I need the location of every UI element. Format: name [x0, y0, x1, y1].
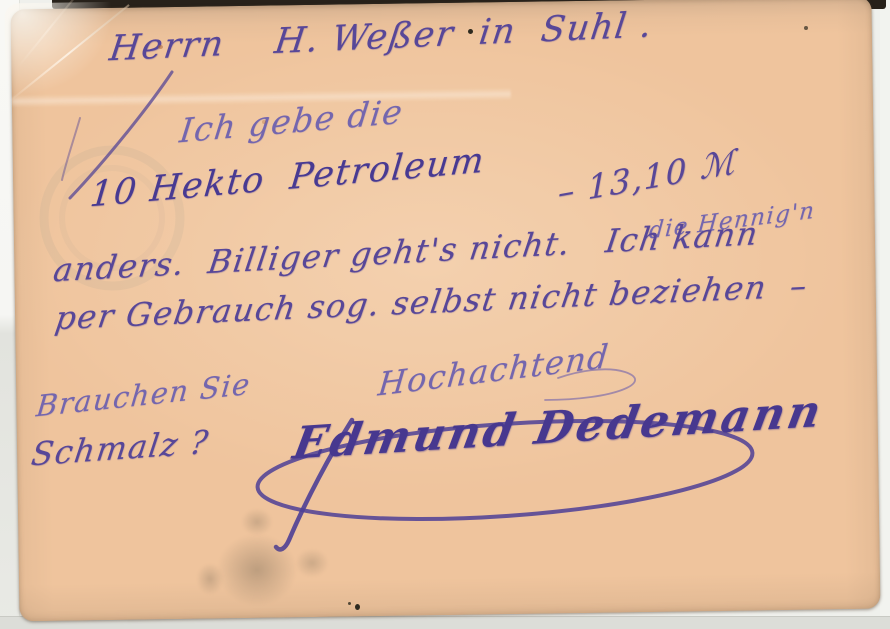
item-line: 10 Hekto Petroleum	[88, 143, 486, 213]
dirt-speck	[355, 604, 360, 610]
ink-speck	[804, 26, 808, 30]
letter-descender-flourish	[62, 118, 80, 180]
postscript-line-1: Brauchen Sie	[35, 369, 252, 421]
opening-line: Ich gebe die	[178, 94, 406, 147]
foxing-spot	[262, 120, 266, 124]
scanned-postcard-image: Herrn H. Weßer in Suhl . Ich gebe die 10…	[0, 0, 890, 629]
dirt-speck	[348, 602, 351, 605]
handwriting-layer: Herrn H. Weßer in Suhl . Ich gebe die 10…	[0, 0, 890, 629]
address-line: Herrn H. Weßer in Suhl .	[107, 8, 655, 67]
stain-blot	[236, 504, 278, 540]
stain-blot	[192, 558, 228, 600]
price-value: – 13,10 ℳ	[558, 145, 736, 210]
foxing-spot	[158, 45, 163, 49]
ink-speck	[468, 29, 473, 34]
closing-line: Hochachtend	[377, 340, 611, 401]
signature: Edmund Dedemann	[290, 390, 827, 467]
stain-blot	[290, 544, 334, 582]
postscript-line-2: Schmalz ?	[29, 426, 211, 471]
